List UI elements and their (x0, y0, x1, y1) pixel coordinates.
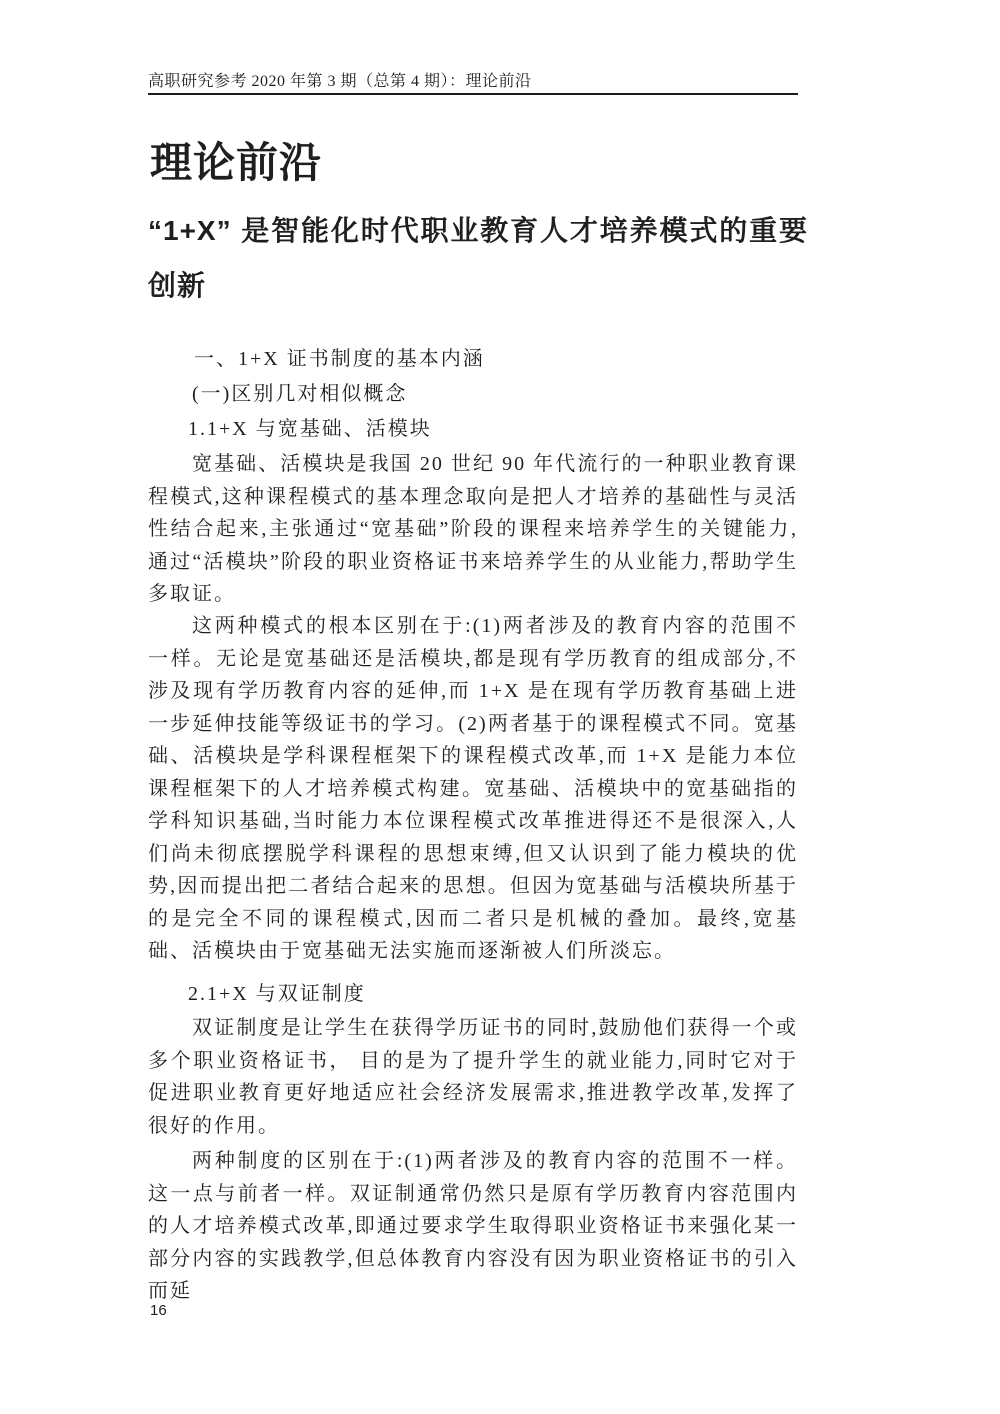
heading-level-3: 2.1+X 与双证制度 (148, 978, 838, 1011)
header-rule (148, 93, 798, 95)
article-title: “1+X” 是智能化时代职业教育人才培养模式的重要创新 (148, 203, 808, 313)
paragraph: 双证制度是让学生在获得学历证书的同时,鼓励他们获得一个或多个职业资格证书， 目的… (148, 1012, 798, 1142)
section-title: 理论前沿 (150, 130, 322, 190)
paragraph: 两种制度的区别在于:(1)两者涉及的教育内容的范围不一样。这一点与前者一样。双证… (148, 1145, 798, 1308)
running-head: 高职研究参考 2020 年第 3 期（总第 4 期）：理论前沿 (148, 68, 798, 91)
heading-level-3: 1.1+X 与宽基础、活模块 (148, 413, 838, 446)
document-page: 高职研究参考 2020 年第 3 期（总第 4 期）：理论前沿 理论前沿 “1+… (0, 0, 1000, 1414)
page-number: 16 (150, 1302, 167, 1319)
heading-level-2: (一)区别几对相似概念 (148, 378, 842, 411)
paragraph: 宽基础、活模块是我国 20 世纪 90 年代流行的一种职业教育课程模式,这种课程… (148, 448, 798, 611)
paragraph: 这两种模式的根本区别在于:(1)两者涉及的教育内容的范围不一样。无论是宽基础还是… (148, 610, 798, 968)
heading-level-1: 一、1+X 证书制度的基本内涵 (148, 343, 844, 376)
